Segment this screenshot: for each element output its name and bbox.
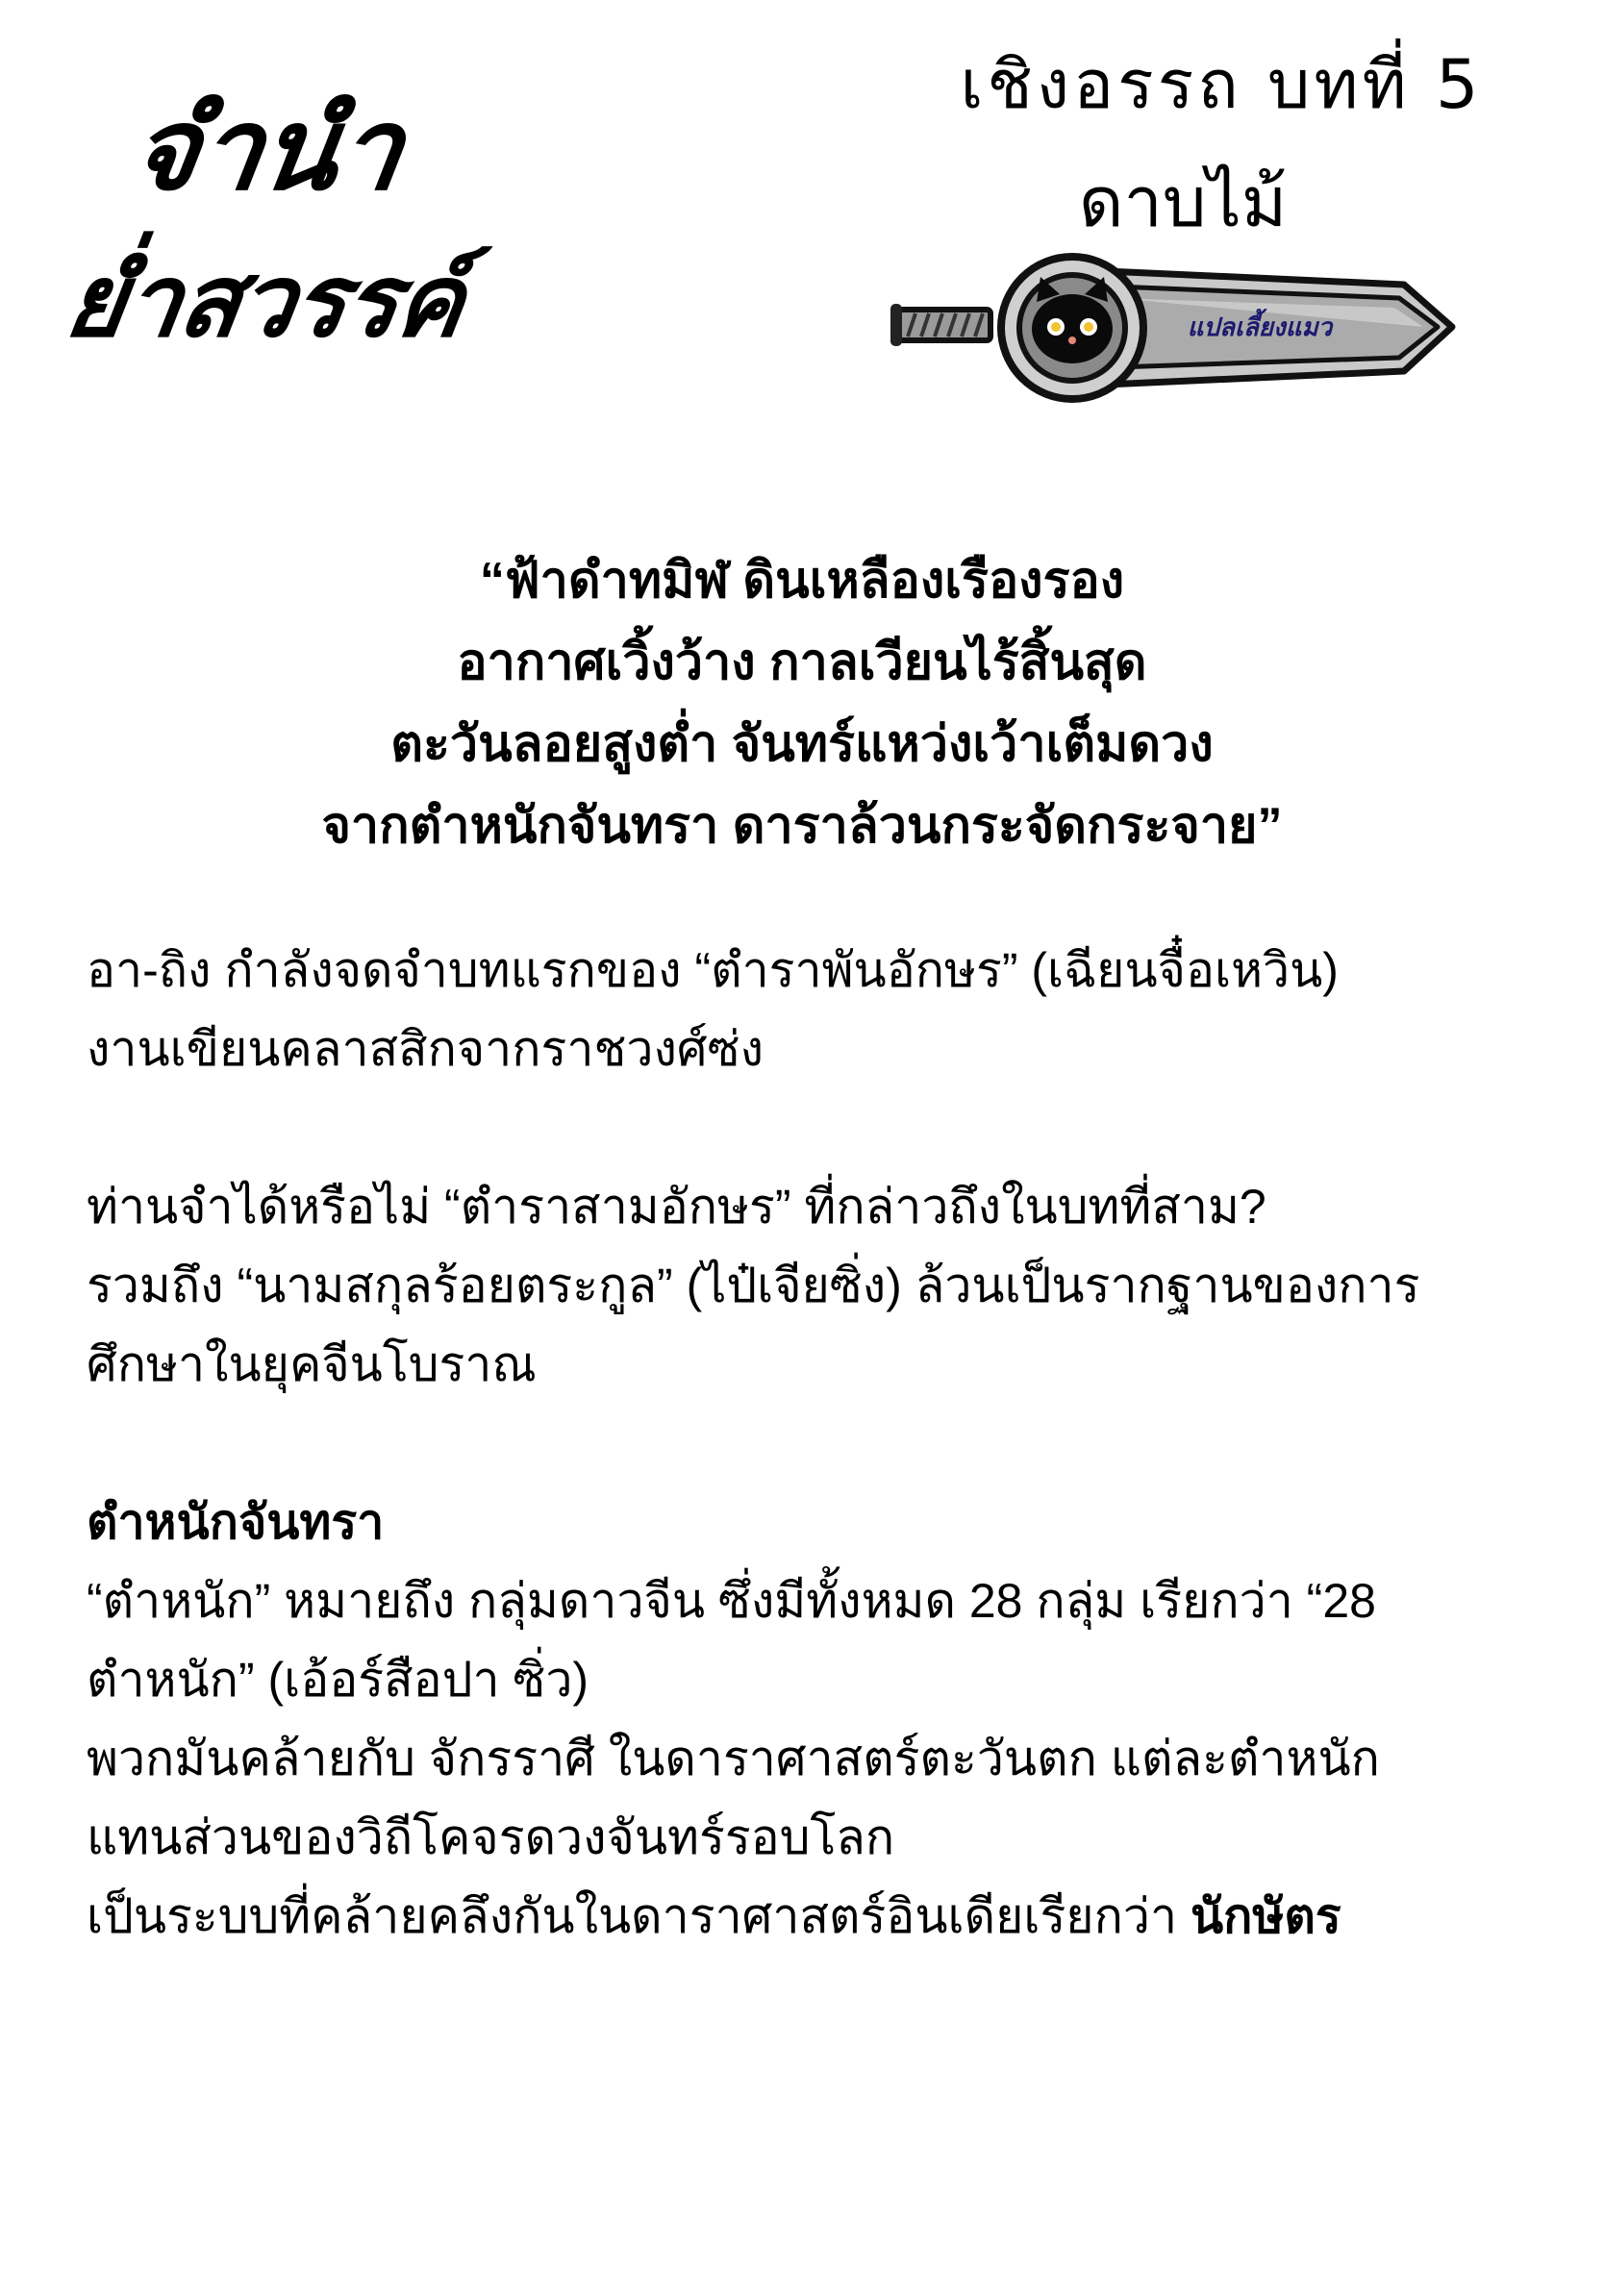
text-line: งานเขียนคลาสสิกจากราชวงศ์ซ่ง <box>87 1010 1567 1088</box>
opening-poem: “ฟ้าดำทมิฬ ดินเหลืองเรืองรอง อากาศเวิ้งว… <box>0 540 1604 867</box>
text-line: ตำหนัก” (เอ้อร์สือปา ซิ่ว) <box>87 1640 1567 1719</box>
poem-line: “ฟ้าดำทมิฬ ดินเหลืองเรืองรอง <box>0 540 1604 622</box>
text-line: ศึกษาในยุคจีนโบราณ <box>87 1325 1567 1404</box>
poem-line: จากตำหนักจันทรา ดาราล้วนกระจัดกระจาย” <box>0 786 1604 867</box>
translator-badge: แปลเลี้ยงแมว <box>885 252 1462 406</box>
section-heading: ตำหนักจันทรา <box>87 1483 1567 1561</box>
poem-line: ตะวันลอยสูงต่ำ จันทร์แหว่งเว้าเต็มดวง <box>0 704 1604 786</box>
chapter-subtitle: ดาบไม้ <box>962 154 1404 250</box>
text-line: รวมถึง “นามสกุลร้อยตระกูล” (ไป๋เจียซิ่ง)… <box>87 1246 1567 1325</box>
text-line: ท่านจำได้หรือไม่ “ตำราสามอักษร” ที่กล่าว… <box>87 1167 1567 1246</box>
text-line: “ตำหนัก” หมายถึง กลุ่มดาวจีน ซึ่งมีทั้งห… <box>87 1561 1567 1640</box>
text-line: แทนส่วนของวิถีโคจรดวงจันทร์รอบโลก <box>87 1798 1567 1877</box>
paragraph-thousand-character-classic: อา-ถิง กำลังจดจำบทแรกของ “ตำราพันอักษร” … <box>87 931 1567 1088</box>
series-logo: จำนำ ย่ำสวรรค์ <box>67 38 414 365</box>
section-lunar-mansions: ตำหนักจันทรา “ตำหนัก” หมายถึง กลุ่มดาวจี… <box>87 1483 1567 1956</box>
text-segment: เป็นระบบที่คล้ายคลึงกันในดาราศาสตร์อินเด… <box>87 1889 1190 1943</box>
text-line: พวกมันคล้ายกับ จักรราศี ในดาราศาสตร์ตะวั… <box>87 1719 1567 1798</box>
paragraph-spacer <box>87 1404 1567 1483</box>
paragraph-classics-reminder: ท่านจำได้หรือไม่ “ตำราสามอักษร” ที่กล่าว… <box>87 1167 1567 1404</box>
text-line: เป็นระบบที่คล้ายคลึงกันในดาราศาสตร์อินเด… <box>87 1877 1567 1956</box>
logo-line-2: ย่ำสวรรค์ <box>56 221 473 380</box>
poem-line: อากาศเวิ้งว้าง กาลเวียนไร้สิ้นสุด <box>0 622 1604 704</box>
logo-line-1: จำนำ <box>120 58 414 238</box>
chapter-title: เชิงอรรถ บทที่ 5 <box>923 38 1519 131</box>
emphasized-term: นักษัตร <box>1190 1889 1341 1943</box>
translator-badge-label: แปลเลี้ยงแมว <box>1164 308 1356 347</box>
paragraph-spacer <box>87 1088 1567 1167</box>
footnote-body: อา-ถิง กำลังจดจำบทแรกของ “ตำราพันอักษร” … <box>87 931 1567 1956</box>
text-line: อา-ถิง กำลังจดจำบทแรกของ “ตำราพันอักษร” … <box>87 931 1567 1010</box>
